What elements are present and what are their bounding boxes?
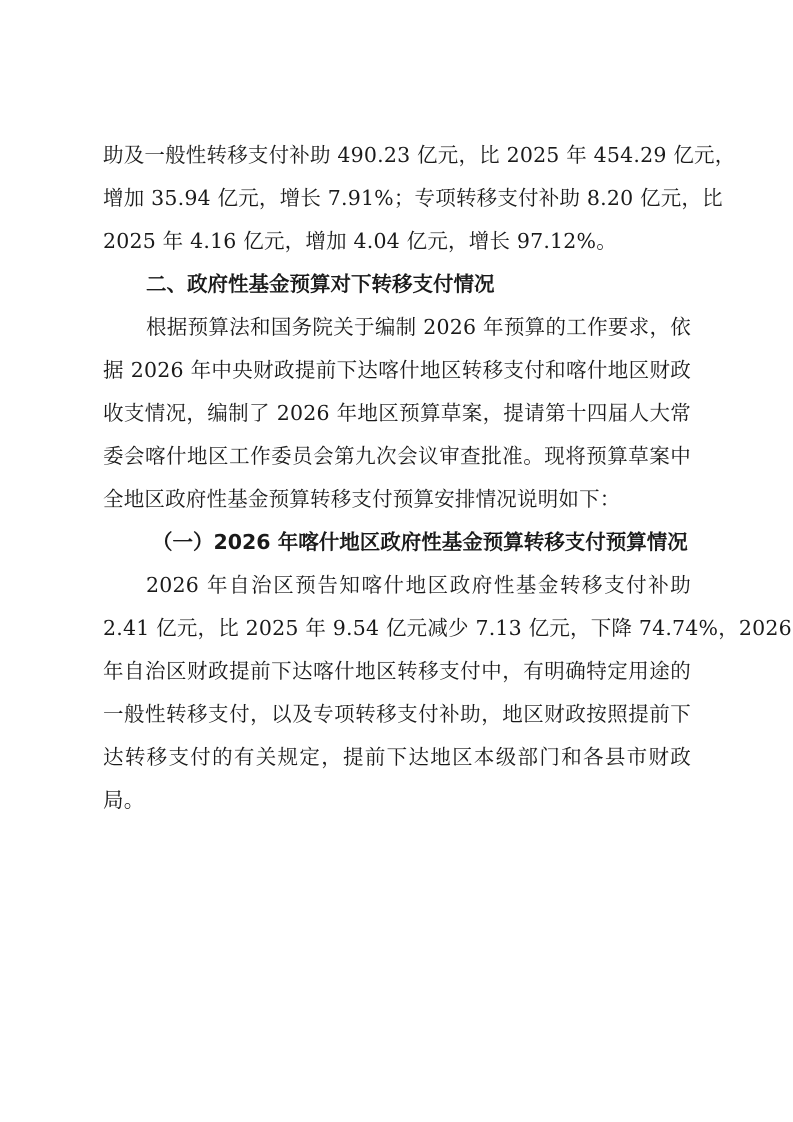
paragraph-line: 一般性转移支付，以及专项转移支付补助，地区财政按照提前下 xyxy=(103,699,691,729)
subsection-heading-1: （一）2026 年喀什地区政府性基金预算转移支付预算情况 xyxy=(152,527,688,557)
paragraph-line: 据 2026 年中央财政提前下达喀什地区转移支付和喀什地区财政 xyxy=(103,355,691,385)
paragraph-line: 年自治区财政提前下达喀什地区转移支付中，有明确特定用途的 xyxy=(103,656,691,686)
paragraph-line: 2026 年自治区预告知喀什地区政府性基金转移支付补助 xyxy=(146,570,691,600)
paragraph-line: 增加 35.94 亿元，增长 7.91%；专项转移支付补助 8.20 亿元，比 xyxy=(103,183,691,213)
paragraph-line: 达转移支付的有关规定，提前下达地区本级部门和各县市财政 xyxy=(103,742,691,772)
paragraph-line: 收支情况，编制了 2026 年地区预算草案，提请第十四届人大常 xyxy=(103,398,691,428)
document-page: 助及一般性转移支付补助 490.23 亿元，比 2025 年 454.29 亿元… xyxy=(0,0,793,1122)
paragraph-line: 2025 年 4.16 亿元，增加 4.04 亿元，增长 97.12%。 xyxy=(103,226,691,256)
paragraph-line: 委会喀什地区工作委员会第九次会议审查批准。现将预算草案中 xyxy=(103,441,691,471)
paragraph-line: 全地区政府性基金预算转移支付预算安排情况说明如下： xyxy=(103,484,691,514)
paragraph-line: 助及一般性转移支付补助 490.23 亿元，比 2025 年 454.29 亿元… xyxy=(103,140,691,170)
section-heading-2: 二、政府性基金预算对下转移支付情况 xyxy=(146,269,495,299)
paragraph-line: 根据预算法和国务院关于编制 2026 年预算的工作要求，依 xyxy=(146,312,691,342)
paragraph-line: 局。 xyxy=(103,785,691,815)
paragraph-line: 2.41 亿元，比 2025 年 9.54 亿元减少 7.13 亿元，下降 74… xyxy=(103,613,691,643)
